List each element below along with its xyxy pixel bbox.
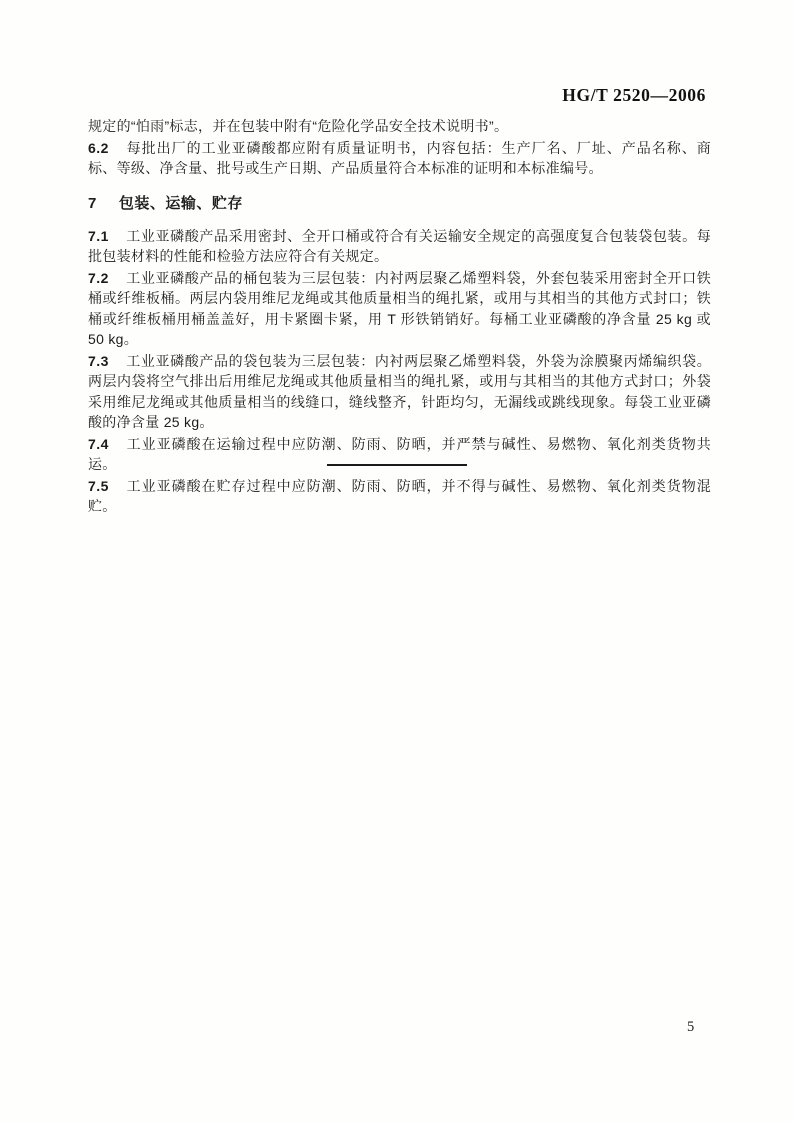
end-of-text-rule (327, 464, 467, 466)
clause-7-2-number: 7.2 (88, 270, 109, 286)
clause-7-4-number: 7.4 (88, 436, 109, 452)
clause-7-5-text: 工业亚磷酸在贮存过程中应防潮、防雨、防晒，并不得与碱性、易燃物、氧化剂类货物混贮… (88, 478, 711, 515)
clause-7-5-number: 7.5 (88, 478, 109, 494)
clause-7-3: 7.3工业亚磷酸产品的袋包装为三层包装：内衬两层聚乙烯塑料袋，外袋为涂膜聚丙烯编… (88, 351, 711, 433)
clause-6-2: 6.2每批出厂的工业亚磷酸都应附有质量证明书，内容包括：生产厂名、厂址、产品名称… (88, 138, 711, 179)
clause-7-1-number: 7.1 (88, 228, 109, 244)
section-7-number: 7 (88, 195, 97, 212)
clause-7-2-text: 工业亚磷酸产品的桶包装为三层包装：内衬两层聚乙烯塑料袋，外套包装采用密封全开口铁… (88, 270, 711, 348)
document-body: 规定的“怕雨”标志，并在包装中附有“危险化学品安全技术说明书”。 6.2每批出厂… (88, 116, 711, 518)
clause-7-3-number: 7.3 (88, 353, 109, 369)
clause-7-1: 7.1工业亚磷酸产品采用密封、全开口桶或符合有关运输安全规定的高强度复合包装袋包… (88, 226, 711, 267)
document-page: HG/T 2520—2006 规定的“怕雨”标志，并在包装中附有“危险化学品安全… (0, 0, 794, 1122)
clause-6-2-number: 6.2 (88, 140, 109, 156)
clause-7-4-text: 工业亚磷酸在运输过程中应防潮、防雨、防晒，并严禁与碱性、易燃物、氧化剂类货物共运… (88, 436, 711, 473)
continuation-paragraph: 规定的“怕雨”标志，并在包装中附有“危险化学品安全技术说明书”。 (88, 116, 711, 137)
standard-number-header: HG/T 2520—2006 (562, 85, 706, 106)
clause-7-5: 7.5工业亚磷酸在贮存过程中应防潮、防雨、防晒，并不得与碱性、易燃物、氧化剂类货… (88, 476, 711, 517)
clause-6-2-text: 每批出厂的工业亚磷酸都应附有质量证明书，内容包括：生产厂名、厂址、产品名称、商标… (88, 140, 711, 177)
clause-7-4: 7.4工业亚磷酸在运输过程中应防潮、防雨、防晒，并严禁与碱性、易燃物、氧化剂类货… (88, 434, 711, 475)
section-7-heading: 7包装、运输、贮存 (88, 193, 711, 214)
clause-7-1-text: 工业亚磷酸产品采用密封、全开口桶或符合有关运输安全规定的高强度复合包装袋包装。每… (88, 228, 711, 265)
clause-7-2: 7.2工业亚磷酸产品的桶包装为三层包装：内衬两层聚乙烯塑料袋，外套包装采用密封全… (88, 268, 711, 350)
page-number: 5 (687, 1019, 694, 1036)
section-7-title: 包装、运输、贮存 (119, 195, 243, 212)
clause-7-3-text: 工业亚磷酸产品的袋包装为三层包装：内衬两层聚乙烯塑料袋，外袋为涂膜聚丙烯编织袋。… (88, 353, 711, 431)
